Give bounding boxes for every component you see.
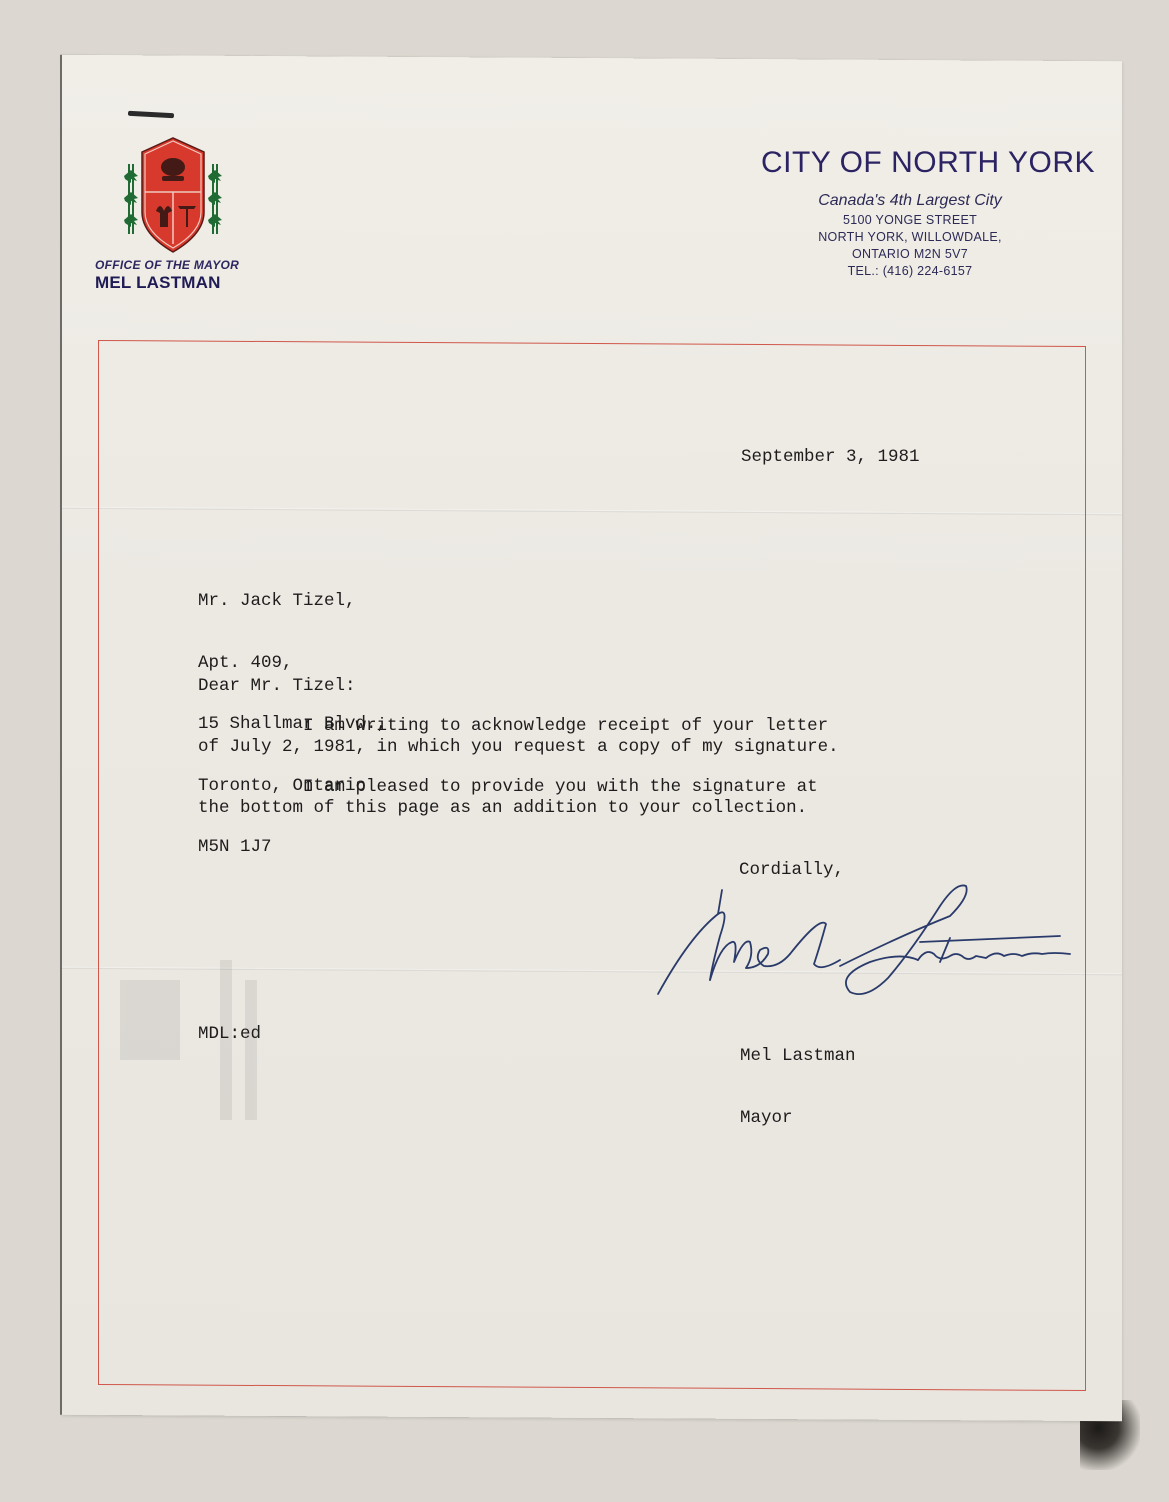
phone-line: TEL.: (416) 224-6157	[710, 264, 1110, 278]
office-label: OFFICE OF THE MAYOR	[95, 258, 239, 272]
city-crest-icon	[120, 134, 226, 256]
address-line: ONTARIO M2N 5V7	[710, 247, 1110, 261]
recipient-line: Mr. Jack Tizel,	[198, 591, 387, 612]
letterhead-mayor-name: MEL LASTMAN	[95, 273, 221, 293]
salutation: Dear Mr. Tizel:	[198, 676, 356, 697]
recipient-address: Mr. Jack Tizel, Apt. 409, 15 Shallmar Bl…	[198, 550, 387, 878]
handwritten-signature: Mel Lastman	[650, 876, 1090, 1006]
signature-block: Mel Lastman Mayor	[740, 1005, 856, 1149]
recipient-line: Apt. 409,	[198, 653, 387, 674]
body-paragraph: I am writing to acknowledge receipt of y…	[198, 716, 839, 757]
body-paragraph: I am pleased to provide you with the sig…	[198, 777, 818, 818]
city-title: CITY OF NORTH YORK	[746, 146, 1110, 180]
city-letterhead: CITY OF NORTH YORK Canada's 4th Largest …	[710, 146, 1110, 278]
reference-initials: MDL:ed	[198, 1024, 261, 1045]
city-tagline: Canada's 4th Largest City	[710, 192, 1110, 210]
address-line: 5100 YONGE STREET	[710, 213, 1110, 227]
signer-title: Mayor	[740, 1108, 856, 1129]
address-line: NORTH YORK, WILLOWDALE,	[710, 230, 1110, 244]
signer-name: Mel Lastman	[740, 1046, 856, 1067]
letter-date: September 3, 1981	[741, 447, 920, 468]
recipient-line: M5N 1J7	[198, 837, 387, 858]
